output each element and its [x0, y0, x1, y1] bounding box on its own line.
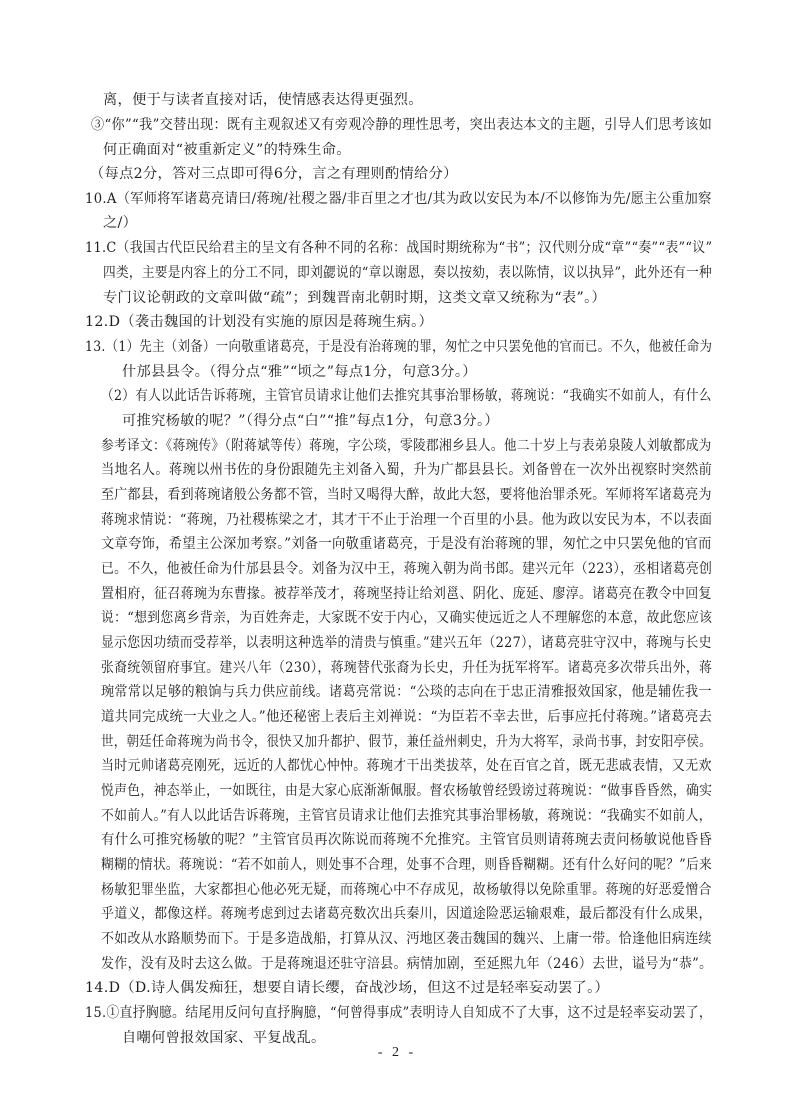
text-line: 杨敏犯罪坐监，大家都担心他必死无疑，而蒋琬心中不存成见，故杨敏得以免除重罪。蒋琬… [101, 880, 712, 900]
text-line: 张裔统领留府事宜。建兴八年（230），蒋琬替代张裔为长史，升任为抚军将军。诸葛亮… [101, 658, 712, 678]
text-line: 置相府，征召蒋琬为东曹掾。被荐举茂才，蒋琬坚持让给刘邕、阴化、庞延、廖淳。诸葛亮… [101, 584, 712, 604]
text-line: 专门议论朝政的文章叫做“疏”；到魏晋南北朝时期，这类文章又统称为“表”。） [103, 288, 606, 308]
text-line: 不如前人。”有人以此话告诉蒋琬，主管官员请求让他们去推究其事治罪杨敏，蒋琬说：“… [101, 806, 712, 826]
text-line: 发作，没有及时去这么做。于是蒋琬退还驻守涪县。病情加剧，至延熙九年（246）去世… [101, 954, 712, 974]
text-line: （2）有人以此话告诉蒋琬，主管官员请求让他们去推究其事治罪杨敏，蒋琬说：“我确实… [101, 386, 712, 406]
text-line: 糊糊的情状。蒋琬说：“若不如前人，则处事不合理，处事不合理，则昏昏糊糊。还有什么… [101, 855, 712, 875]
page-number: - 2 - [0, 1045, 794, 1061]
text-line: 说：“想到您离乡背亲，为百姓奔走，大家既不安于内心，又确实使远近之人不理解您的本… [101, 608, 712, 628]
answer-key-page: 离，便于与读者直接对话，使情感表达得更强烈。③“你”“我”交替出现：既有主观叙述… [0, 0, 794, 1114]
text-line: 道共同完成统一大业之人。”他还秘密上表后主刘禅说：“为臣若不幸去世，后事应托付蒋… [101, 707, 712, 727]
text-line: 何正确面对“被重新定义”的特殊生命。 [103, 140, 351, 160]
text-line: 不如改从水路顺势而下。于是多造战船，打算从汉、沔地区袭击魏国的魏兴、上庸一带。恰… [101, 929, 712, 949]
text-line: 悦声色，神态举止，一如既往，由是大家心底渐渐佩服。督农杨敏曾经毁谤过蒋琬说：“做… [101, 781, 712, 801]
text-line: ③“你”“我”交替出现：既有主观叙述又有旁观冷静的理性思考，突出表达本文的主题，… [91, 115, 712, 135]
text-line: 12.D（袭击魏国的计划没有实施的原因是蒋琬生病。） [85, 312, 433, 332]
text-line: 10.A（军师将军诸葛亮请曰/蒋琬/社稷之器/非百里之才也/其为政以安民为本/不… [85, 189, 712, 209]
text-line: 参考译文：《蒋琬传》（附蒋斌等传）蒋琬，字公琰，零陵郡湘乡县人。他二十岁上与表弟… [101, 436, 712, 456]
text-line: 显示您因功绩而受荐举，以表明这种选举的清贵与慎重。”建兴五年（227），诸葛亮驻… [101, 633, 712, 653]
text-line: 琬常常以足够的粮饷与兵力供应前线。诸葛亮常说：“公琰的志向在于忠正清雅报效国家，… [101, 682, 712, 702]
text-line: 当地名人。蒋琬以州书佐的身份跟随先主刘备入蜀，升为广都县县长。刘备曾在一次外出视… [101, 460, 712, 480]
text-line: 乎道义，都像这样。蒋琬考虑到过去诸葛亮数次出兵秦川，因道途险恶运输艰难，最后都没… [101, 904, 712, 924]
text-line: 至广都县，看到蒋琬诸般公务都不管，当时又喝得大醉，故此大怒，要将他治罪杀死。军师… [101, 485, 712, 505]
text-line: 文章夸饰，希望主公深加考察。”刘备一向敬重诸葛亮，于是没有治蒋琬的罪，匆忙之中只… [101, 534, 712, 554]
text-line: 什邡县县令。（得分点“雅”“顷之”每点1分，句意3分。） [122, 362, 477, 382]
text-line: 当时元帅诸葛亮刚死，远近的人都忧心忡忡。蒋琬才干出类拔萃，处在百官之首，既无悲戚… [101, 756, 712, 776]
text-line: 11.C（我国古代臣民给君主的呈文有各种不同的名称：战国时期统称为“书”；汉代则… [85, 238, 712, 258]
text-line: 14.D（D.诗人偶发痴狂，想要自请长缨，奋战沙场，但这不过是轻率妄动罢了。） [85, 978, 609, 998]
text-line: 蒋琬求情说：“蒋琬，乃社稷栋梁之才，其才干不止于治理一个百里的小县。他为政以安民… [101, 510, 712, 530]
text-line: 15.①直抒胸臆。结尾用反问句直抒胸臆，“何曾得事成”表明诗人自知成不了大事，这… [85, 1003, 712, 1023]
text-line: （每点2分，答对三点即可得6分，言之有理则酌情给分） [90, 164, 458, 184]
text-line: 已。不久，他被任命为什邡县县令。刘备为汉中王，蒋琬入朝为尚书郎。建兴元年（223… [101, 559, 712, 579]
text-line: 可推究杨敏的呢？”（得分点“白”“推”每点1分，句意3分。） [122, 411, 499, 431]
text-line: 世，朝廷任命蒋琬为尚书令，很快又加升都护、假节，兼任益州刺史，升为大将军，录尚书… [101, 732, 712, 752]
text-line: 有什么可推究杨敏的呢？”主管官员再次陈说而蒋琬不允推究。主管官员则请蒋琬去责问杨… [101, 830, 712, 850]
text-line: 四类，主要是内容上的分工不同，即刘勰说的“章以谢恩，奏以按劾，表以陈情，议以执异… [103, 263, 712, 283]
text-line: 离，便于与读者直接对话，使情感表达得更强烈。 [103, 90, 423, 110]
text-line: 13.（1）先主（刘备）一向敬重诸葛亮，于是没有治蒋琬的罪，匆忙之中只罢免他的官… [85, 337, 712, 357]
text-line: 之/） [103, 213, 137, 233]
